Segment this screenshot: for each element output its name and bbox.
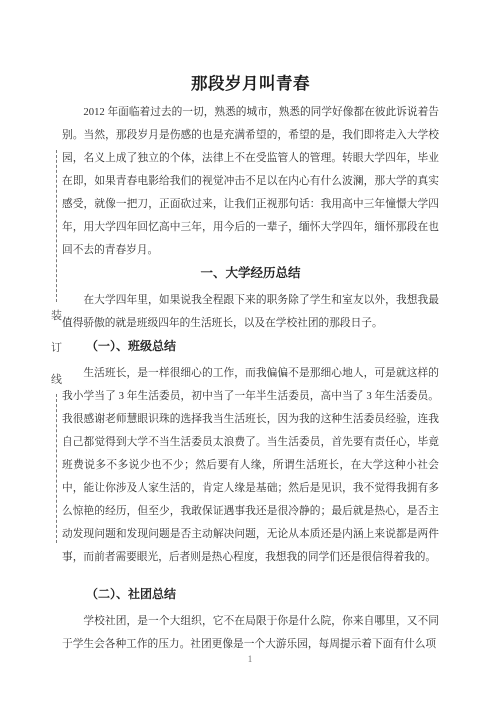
document-page: 装 订 线 那段岁月叫青春 2012 年面临着过去的一切，熟悉的城市，熟悉的同学… [0,0,500,707]
paragraph-club-summary: 学校社团，是一个大组织，它不在局限于你是什么院，你来自哪里，又不同于学生会各种工… [62,610,439,656]
page-number: 1 [0,653,500,665]
document-title: 那段岁月叫青春 [62,72,439,96]
heading-section1: 一、大学经历总结 [62,262,439,285]
binding-dash-bottom [56,394,57,543]
binding-dash-top [56,150,57,302]
binding-char-zhuang: 装 [51,309,62,323]
paragraph-class-summary: 生活班长，是一样很细心的工作，而我偏偏不是那细心地人，可是就这样的我小学当了 3… [62,362,439,569]
paragraph-intro: 2012 年面临着过去的一切，熟悉的城市，熟悉的同学好像都在彼此诉说着告别。当然… [62,101,439,262]
binding-char-xian: 线 [51,373,62,387]
binding-char-ding: 订 [51,341,62,355]
heading-sub2-club-summary: （二）、社团总结 [62,583,439,606]
paragraph-section1-intro: 在大学四年里，如果说我全程跟下来的职务除了学生和室友以外，我想我最值得骄傲的就是… [62,289,439,335]
document-content: 那段岁月叫青春 2012 年面临着过去的一切，熟悉的城市，熟悉的同学好像都在彼此… [62,72,439,656]
heading-sub1-class-summary: （一）、班级总结 [62,335,439,358]
